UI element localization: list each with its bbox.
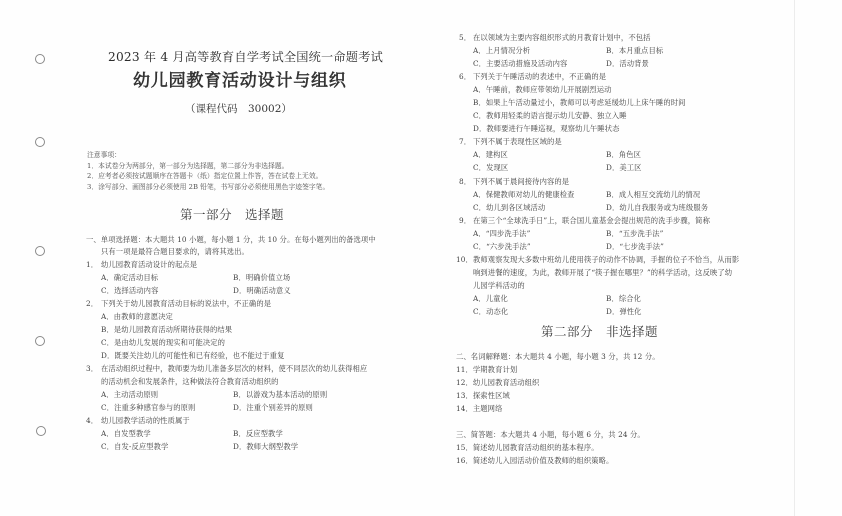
notice-heading: 注意事项： [87, 150, 329, 161]
option-a: A．儿童化 [473, 293, 508, 305]
term-question: 14．主题网络 [456, 403, 502, 415]
option-c: C．教师用轻柔的语言提示幼儿安静、独立入睡 [473, 110, 627, 122]
question-stem-cont: 的活动机会和发展条件，这种做法符合教育活动组织的 [101, 376, 279, 388]
section3-intro: 三、简答题：本大题共 4 小题，每小题 6 分，共 24 分。 [456, 429, 645, 441]
term-question: 11．学期教育计划 [456, 364, 517, 376]
section1-intro: 一、单项选择题：本大题共 10 小题，每小题 1 分，共 10 分。在每小题列出… [86, 234, 376, 246]
option-d: D．教师大纲型教学 [233, 441, 298, 453]
question-number: 10． [456, 254, 473, 266]
option-c: C．幼儿到各区域活动 [473, 202, 545, 214]
part2-title: 第二部分 非选择题 [541, 322, 658, 340]
option-a: A．“四步洗手法” [473, 228, 530, 240]
question-number: 7． [459, 136, 471, 148]
question-number: 4． [86, 415, 98, 427]
question-stem: 下列关于幼儿园教育活动目标的说法中，不正确的是 [101, 298, 271, 310]
question-number: 1． [86, 259, 98, 271]
binding-hole [35, 336, 45, 346]
question-stem: 在活动组织过程中，教师要为幼儿准备多层次的材料，使不同层次的幼儿获得相应 [101, 363, 367, 375]
option-b: B．反应型教学 [233, 428, 283, 440]
exam-title: 幼儿园教育活动设计与组织 [133, 66, 347, 91]
short-answer-question: 15．简述幼儿园教育活动组织的基本程序。 [456, 442, 599, 454]
option-a: A．上月情况分析 [473, 45, 530, 57]
question-number: 3． [86, 363, 98, 375]
option-b: B．以游戏为基本活动的原则 [233, 389, 327, 401]
option-d: D．教师要进行午睡巡视，观察幼儿午睡状态 [473, 123, 620, 135]
option-c: C．是由幼儿发展的现实和可能决定的 [101, 337, 225, 349]
option-b: B．成人相互交流幼儿的情况 [606, 189, 700, 201]
option-d: D．“七步洗手法” [606, 241, 664, 253]
option-a: A．建构区 [473, 149, 508, 161]
short-answer-question: 16．简述幼儿入园活动价值及教师的组织策略。 [456, 455, 613, 467]
question-stem: 幼儿园教学活动的性质属于 [101, 415, 190, 427]
section2-intro: 二、名词解释题：本大题共 4 小题，每小题 3 分，共 12 分。 [456, 351, 660, 363]
question-stem: 教师观察发现大多数中班幼儿使用筷子的动作不协调，手握的位子不恰当，从而影 [473, 254, 739, 266]
binding-hole [35, 137, 45, 147]
option-d: D．美工区 [606, 162, 642, 174]
option-a: A．主动活动原则 [101, 389, 158, 401]
exam-header: 2023 年 4 月高等教育自学考试全国统一命题考试 [108, 48, 383, 65]
question-stem: 下列关于午睡活动的表述中，不正确的是 [473, 71, 606, 83]
binding-hole [35, 246, 45, 256]
option-d: D．注重个别差异的原则 [233, 402, 313, 414]
section1-intro-cont: 只有一项是最符合题目要求的，请将其选出。 [101, 246, 249, 258]
term-question: 13．探索性区域 [456, 390, 510, 402]
option-c: C．“六步洗手法” [473, 241, 531, 253]
notice-item: 3．涂写部分、画图部分必须使用 2B 铅笔，书写部分必须使用黑色字迹签字笔。 [87, 182, 329, 193]
option-b: B．本月重点目标 [606, 45, 663, 57]
question-stem: 在以领域为主要内容组织形式的月教育计划中，不包括 [473, 32, 651, 44]
option-b: B．“五步洗手法” [606, 228, 664, 240]
option-b: B．综合化 [606, 293, 641, 305]
term-question: 12．幼儿园教育活动组织 [456, 377, 539, 389]
question-number: 6． [459, 71, 471, 83]
option-c: C．自发-反应型教学 [101, 441, 168, 453]
question-stem-cont: 儿园学科活动的 [473, 280, 525, 292]
notice-block: 注意事项： 1．本试卷分为两部分，第一部分为选择题，第二部分为非选择题。 2．应… [87, 150, 329, 192]
binding-hole [36, 426, 46, 436]
option-a: A．确定活动目标 [101, 272, 158, 284]
page-edge-line [794, 0, 795, 516]
option-c: C．选择活动内容 [101, 285, 158, 297]
option-c: C．发现区 [473, 162, 508, 174]
question-stem: 下列不属于表现性区域的是 [473, 136, 562, 148]
course-code: （课程代码 30002） [185, 101, 292, 116]
part1-title: 第一部分 选择题 [180, 205, 284, 223]
question-stem: 幼儿园教育活动设计的起点是 [101, 259, 197, 271]
option-a: A．由教师的意愿决定 [101, 311, 173, 323]
option-b: B．角色区 [606, 149, 641, 161]
question-stem: 在第三个“全球洗手日”上，联合国儿童基金会提出规范的洗手步骤，简称 [473, 215, 710, 227]
option-d: D．弹性化 [606, 306, 642, 318]
option-b: B．明确价值立场 [233, 272, 290, 284]
option-d: D．幼儿自我服务或为班级服务 [606, 202, 708, 214]
option-b: B．是幼儿园教育活动所期待获得的结果 [101, 324, 232, 336]
option-a: A．保健教师对幼儿的健康检查 [473, 189, 575, 201]
question-stem: 下列不属于晨间接待内容的是 [473, 176, 569, 188]
option-d: D．活动背景 [606, 58, 649, 70]
question-number: 9． [459, 215, 471, 227]
option-a: A．自发型教学 [101, 428, 151, 440]
option-d: D．既要关注幼儿的可能性和已有经验，也不能过于重复 [101, 350, 284, 362]
question-number: 2． [86, 298, 98, 310]
question-number: 8． [459, 176, 471, 188]
option-c: C．动态化 [473, 306, 508, 318]
option-b: B．如果上午活动量过小，教师可以考虑延缓幼儿上床午睡的时间 [473, 97, 686, 109]
option-a: A．午睡前，教师应带领幼儿开展剧烈运动 [473, 84, 612, 96]
option-c: C．注重多种感官参与的原则 [101, 402, 195, 414]
question-stem-cont: 响到进餐的速度，为此，教师开展了“筷子握在哪里？”的科学活动，这反映了幼 [473, 267, 732, 279]
option-c: C．主要活动措施及活动内容 [473, 58, 567, 70]
notice-item: 2．应考者必须按试题顺序在答题卡（纸）指定位置上作答，答在试卷上无效。 [87, 171, 329, 182]
question-number: 5． [459, 32, 471, 44]
notice-item: 1．本试卷分为两部分，第一部分为选择题，第二部分为非选择题。 [87, 161, 329, 172]
option-d: D．明确活动意义 [233, 285, 291, 297]
binding-hole [35, 54, 45, 64]
